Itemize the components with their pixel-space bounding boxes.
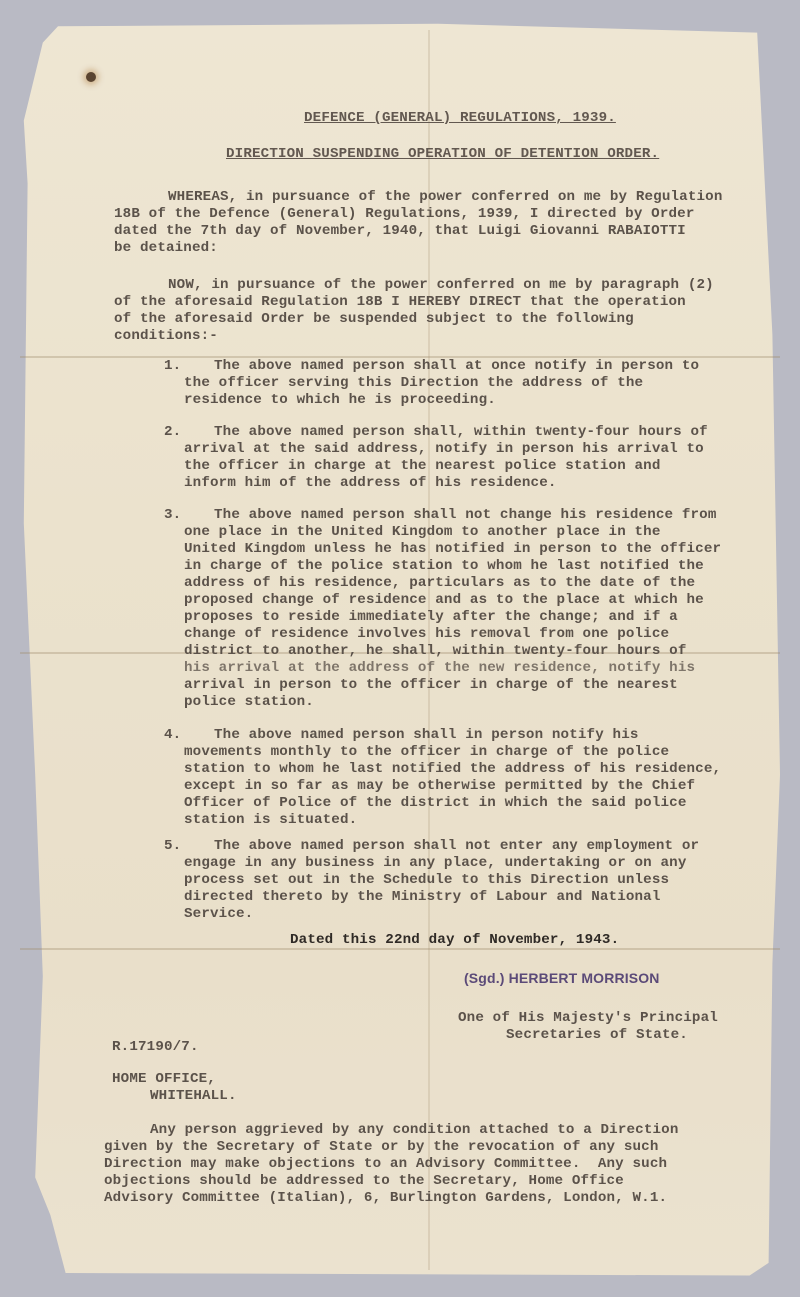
condition-line: movements monthly to the officer in char…	[184, 744, 669, 760]
now-line: conditions:-	[114, 328, 218, 344]
document-title: DEFENCE (GENERAL) REGULATIONS, 1939.	[304, 110, 616, 126]
condition-line: his arrival at the address of the new re…	[184, 660, 695, 676]
dated-line: Dated this 22nd day of November, 1943.	[290, 932, 619, 948]
condition-line: The above named person shall in person n…	[214, 727, 639, 743]
office-line: HOME OFFICE,	[112, 1071, 216, 1087]
office-line: WHITEHALL.	[150, 1088, 237, 1104]
footer-line: given by the Secretary of State or by th…	[104, 1139, 659, 1155]
footer-line: objections should be addressed to the Se…	[104, 1173, 624, 1189]
whereas-line: dated the 7th day of November, 1940, tha…	[114, 223, 686, 239]
condition-line: station is situated.	[184, 812, 357, 828]
condition-number: 1.	[164, 358, 181, 374]
condition-line: the officer in charge at the nearest pol…	[184, 458, 661, 474]
condition-line: the officer serving this Direction the a…	[184, 375, 643, 391]
condition-line: engage in any business in any place, und…	[184, 855, 687, 871]
condition-line: address of his residence, particulars as…	[184, 575, 695, 591]
condition-line: in charge of the police station to whom …	[184, 558, 704, 574]
condition-line: Officer of Police of the district in whi…	[184, 795, 687, 811]
condition-line: arrival at the said address, notify in p…	[184, 441, 704, 457]
condition-line: change of residence involves his removal…	[184, 626, 669, 642]
condition-line: The above named person shall, within twe…	[214, 424, 708, 440]
condition-line: one place in the United Kingdom to anoth…	[184, 524, 661, 540]
condition-line: The above named person shall not enter a…	[214, 838, 699, 854]
condition-line: inform him of the address of his residen…	[184, 475, 557, 491]
now-line: NOW, in pursuance of the power conferred…	[168, 277, 714, 293]
condition-number: 4.	[164, 727, 181, 743]
paper-fold	[20, 948, 780, 950]
footer-line: Direction may make objections to an Advi…	[104, 1156, 667, 1172]
burn-mark	[86, 72, 96, 82]
condition-line: district to another, he shall, within tw…	[184, 643, 687, 659]
footer-line: Advisory Committee (Italian), 6, Burling…	[104, 1190, 667, 1206]
signatory-title-line: One of His Majesty's Principal	[458, 1010, 718, 1026]
condition-line: station to whom he last notified the add…	[184, 761, 721, 777]
whereas-line: be detained:	[114, 240, 218, 256]
condition-line: Service.	[184, 906, 253, 922]
reference-number: R.17190/7.	[112, 1039, 199, 1055]
signature: (Sgd.) HERBERT MORRISON	[464, 970, 660, 986]
footer-line: Any person aggrieved by any condition at…	[150, 1122, 679, 1138]
condition-line: arrival in person to the officer in char…	[184, 677, 678, 693]
condition-line: directed thereto by the Ministry of Labo…	[184, 889, 661, 905]
condition-number: 3.	[164, 507, 181, 523]
document-subtitle: DIRECTION SUSPENDING OPERATION OF DETENT…	[226, 146, 659, 162]
condition-line: except in so far as may be otherwise per…	[184, 778, 695, 794]
now-line: of the aforesaid Regulation 18B I HEREBY…	[114, 294, 686, 310]
whereas-line: WHEREAS, in pursuance of the power confe…	[168, 189, 723, 205]
condition-line: proposed change of residence and as to t…	[184, 592, 704, 608]
condition-line: process set out in the Schedule to this …	[184, 872, 669, 888]
condition-line: The above named person shall not change …	[214, 507, 717, 523]
condition-number: 2.	[164, 424, 181, 440]
whereas-line: 18B of the Defence (General) Regulations…	[114, 206, 694, 222]
condition-number: 5.	[164, 838, 181, 854]
condition-line: proposes to reside immediately after the…	[184, 609, 678, 625]
condition-line: The above named person shall at once not…	[214, 358, 699, 374]
condition-line: residence to which he is proceeding.	[184, 392, 496, 408]
condition-line: police station.	[184, 694, 314, 710]
condition-line: United Kingdom unless he has notified in…	[184, 541, 721, 557]
now-line: of the aforesaid Order be suspended subj…	[114, 311, 634, 327]
signatory-title-line: Secretaries of State.	[506, 1027, 688, 1043]
